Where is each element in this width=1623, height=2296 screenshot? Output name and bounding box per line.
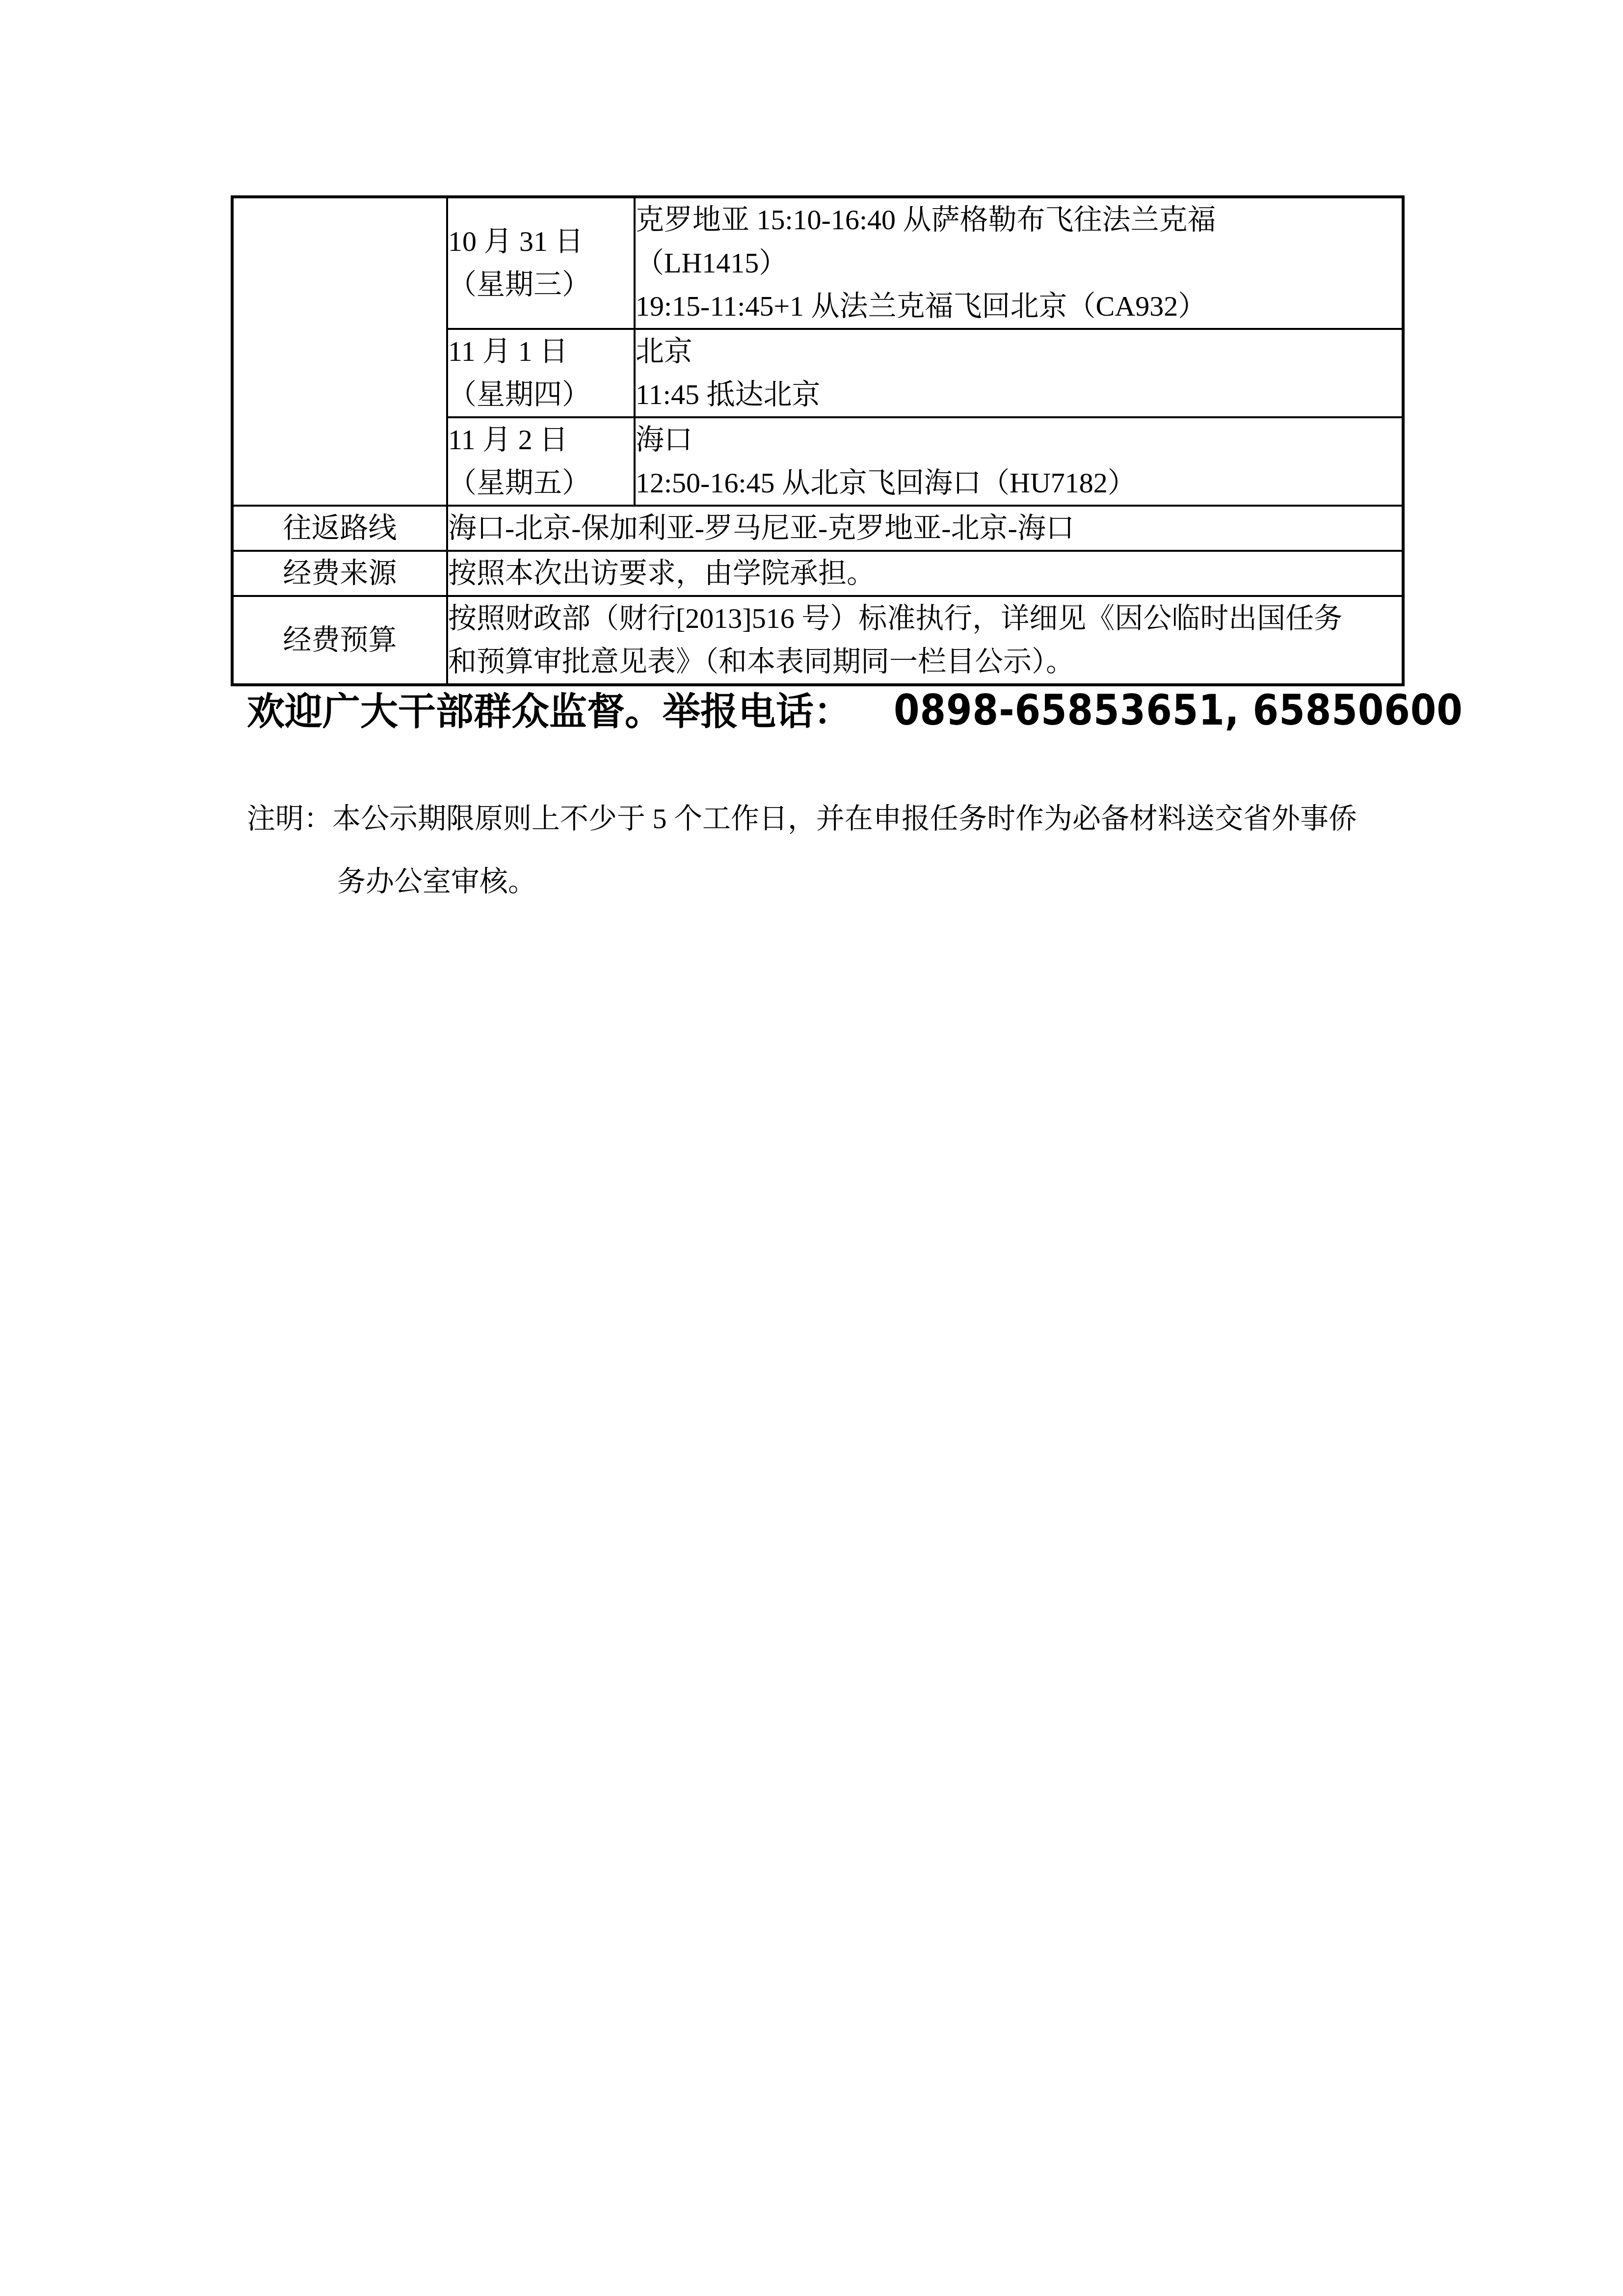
note-line-2: 务办公室审核。	[247, 850, 1484, 913]
detail-line: 11:45 抵达北京	[636, 373, 1402, 416]
budget-label-cell: 经费预算	[232, 596, 447, 685]
supervision-line: 欢迎广大干部群众监督。举报电话：0898-65853651, 65850600	[247, 683, 1541, 739]
schedule-row-1: 10 月 31 日 （星期三） 克罗地亚 15:10-16:40 从萨格勒布飞往…	[232, 197, 1403, 329]
funding-source-content-cell: 按照本次出访要求，由学院承担。	[447, 551, 1403, 596]
route-label-cell: 往返路线	[232, 506, 447, 551]
note-block: 注明：本公示期限原则上不少于 5 个工作日，并在申报任务时作为必备材料送交省外事…	[247, 787, 1484, 913]
supervision-text: 欢迎广大干部群众监督。举报电话：	[247, 690, 851, 734]
detail-cell-3: 海口 12:50-16:45 从北京飞回海口（HU7182）	[635, 417, 1403, 506]
detail-line: （LH1415）	[636, 242, 1402, 285]
detail-line: 克罗地亚 15:10-16:40 从萨格勒布飞往法兰克福	[636, 198, 1402, 242]
route-content-cell: 海口-北京-保加利亚-罗马尼亚-克罗地亚-北京-海口	[447, 506, 1403, 551]
budget-content-cell: 按照财政部（财行[2013]516 号）标准执行，详细见《因公临时出国任务 和预…	[447, 596, 1403, 685]
detail-line: 12:50-16:45 从北京飞回海口（HU7182）	[636, 461, 1402, 505]
route-row: 往返路线 海口-北京-保加利亚-罗马尼亚-克罗地亚-北京-海口	[232, 506, 1403, 551]
phone-numbers: 0898-65853651, 65850600	[894, 683, 1463, 737]
content-line: 和预算审批意见表》（和本表同期同一栏目公示）。	[448, 640, 1402, 683]
funding-source-label-cell: 经费来源	[232, 551, 447, 596]
budget-row: 经费预算 按照财政部（财行[2013]516 号）标准执行，详细见《因公临时出国…	[232, 596, 1403, 685]
detail-line: 海口	[636, 418, 1402, 461]
detail-line: 19:15-11:45+1 从法兰克福飞回北京（CA932）	[636, 285, 1402, 328]
note-line-1: 注明：本公示期限原则上不少于 5 个工作日，并在申报任务时作为必备材料送交省外事…	[247, 787, 1484, 850]
itinerary-table: 10 月 31 日 （星期三） 克罗地亚 15:10-16:40 从萨格勒布飞往…	[231, 195, 1405, 686]
date-cell-2: 11 月 1 日 （星期四）	[447, 329, 635, 417]
date-line: （星期四）	[448, 373, 634, 416]
date-line: 11 月 1 日	[448, 330, 634, 373]
funding-source-row: 经费来源 按照本次出访要求，由学院承担。	[232, 551, 1403, 596]
content-line: 按照财政部（财行[2013]516 号）标准执行，详细见《因公临时出国任务	[448, 597, 1402, 640]
date-line: 10 月 31 日	[448, 220, 634, 263]
content-line: 按照本次出访要求，由学院承担。	[448, 552, 1402, 595]
detail-line: 北京	[636, 330, 1402, 373]
schedule-spanner-cell	[232, 197, 447, 506]
date-cell-1: 10 月 31 日 （星期三）	[447, 197, 635, 329]
document-page: 10 月 31 日 （星期三） 克罗地亚 15:10-16:40 从萨格勒布飞往…	[0, 0, 1623, 2296]
date-line: （星期三）	[448, 263, 634, 306]
date-line: （星期五）	[448, 461, 634, 505]
detail-cell-2: 北京 11:45 抵达北京	[635, 329, 1403, 417]
date-line: 11 月 2 日	[448, 418, 634, 461]
detail-cell-1: 克罗地亚 15:10-16:40 从萨格勒布飞往法兰克福 （LH1415） 19…	[635, 197, 1403, 329]
content-line: 海口-北京-保加利亚-罗马尼亚-克罗地亚-北京-海口	[448, 507, 1402, 550]
date-cell-3: 11 月 2 日 （星期五）	[447, 417, 635, 506]
